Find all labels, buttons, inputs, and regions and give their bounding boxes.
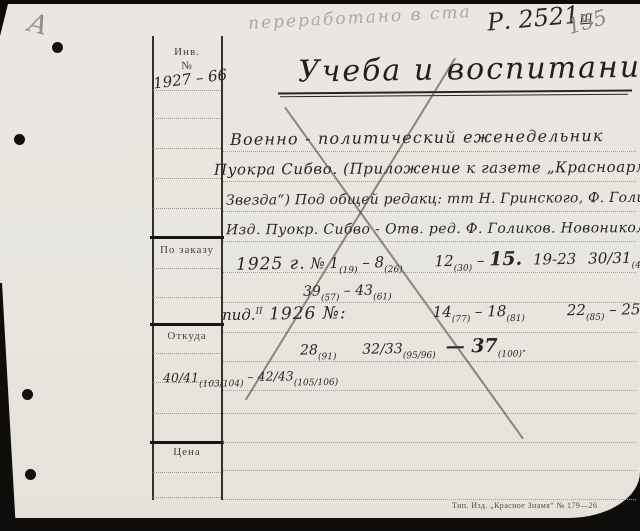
ruled-line	[153, 297, 221, 298]
punch-hole-icon	[52, 42, 63, 53]
punch-hole-icon	[22, 389, 33, 400]
ruled-line	[223, 499, 636, 500]
description-line: Звезда“) Под общей редакц: тт Н. Гринско…	[226, 189, 640, 208]
ruled-line	[223, 151, 636, 152]
ruled-line	[223, 413, 636, 414]
price-label: Цена	[152, 446, 222, 458]
section-divider	[150, 441, 224, 444]
order-label: По заказу	[152, 244, 222, 256]
inventory-label: Инв.	[152, 46, 222, 58]
origin-label: Откуда	[152, 330, 222, 342]
ruled-line	[153, 268, 221, 269]
description-line: Военно - политический еженедельник	[230, 126, 604, 149]
ruled-line	[153, 148, 221, 149]
ruled-line	[223, 181, 636, 182]
ruled-line	[153, 413, 221, 414]
ruled-line	[223, 211, 636, 212]
punch-hole-icon	[25, 469, 36, 480]
printer-imprint: Тип. Изд. „Красное Знамя“ № 179—26	[452, 501, 597, 510]
card-title: Учеба и воспитание	[298, 49, 640, 89]
description-line: Изд. Пуокр. Сибво - Отв. ред. Ф. Голиков…	[226, 220, 640, 239]
ruled-line	[153, 90, 221, 91]
ruled-line	[153, 208, 221, 209]
issues-row-1926-cont2: 40/41(103/104) – 42/43(105/106)	[163, 368, 338, 385]
section-divider	[150, 236, 224, 239]
ruled-line	[223, 442, 636, 443]
ruled-line	[153, 353, 221, 354]
ruled-line	[153, 497, 221, 498]
form-vertical-line	[221, 36, 223, 500]
ruled-line	[223, 241, 636, 242]
scanned-catalog-card: А переработано в ста Р. 2521III 155 Инв.…	[0, 0, 640, 531]
punch-hole-icon	[14, 134, 25, 145]
description-line: Пуокра Сибво. (Приложение к газете „Крас…	[214, 157, 640, 178]
issues-row-1926-cont: 28(91)32/33(95/96)— 37(100).	[300, 334, 527, 359]
section-divider	[150, 323, 224, 326]
ruled-line	[153, 472, 221, 473]
ruled-line	[223, 470, 636, 471]
ruled-line	[153, 178, 221, 179]
ruled-line	[223, 361, 636, 362]
ruled-line	[153, 118, 221, 119]
ruled-line	[223, 390, 636, 391]
